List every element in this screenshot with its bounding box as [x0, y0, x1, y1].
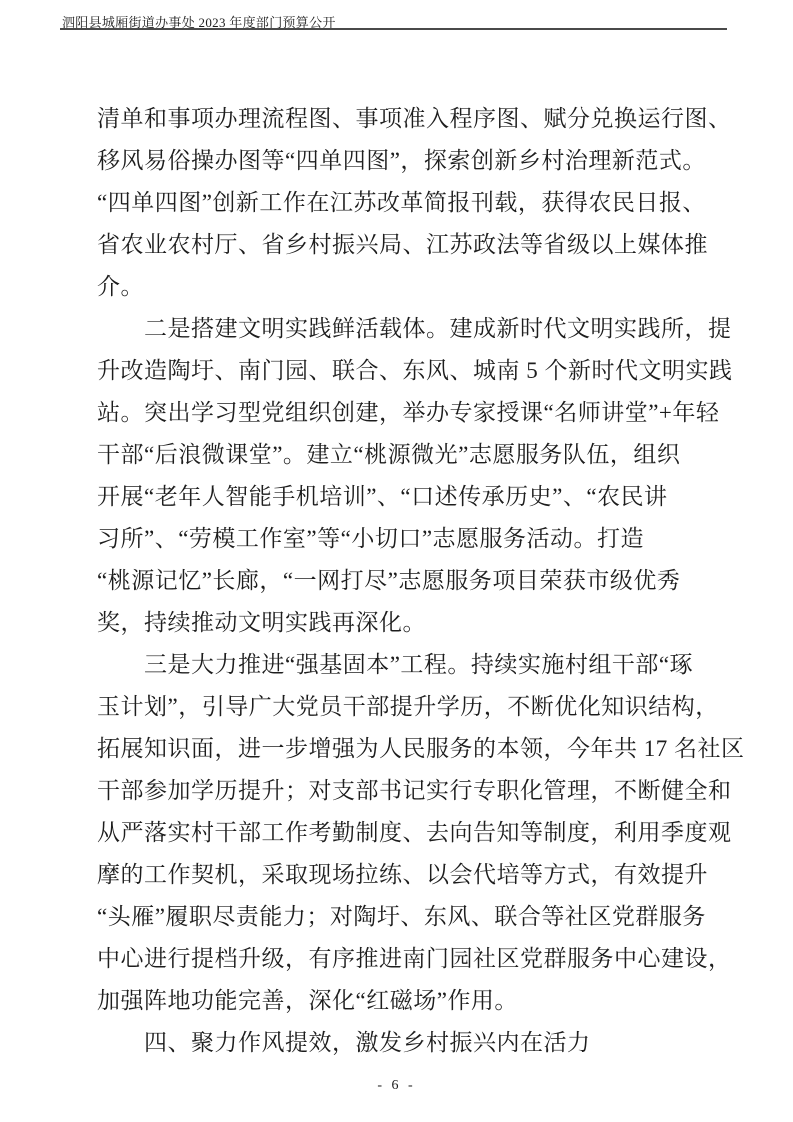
page-footer: - 6 - [0, 1076, 793, 1094]
text-line: 中心进行提档升级，有序推进南门园社区党群服务中心建设， [97, 938, 747, 980]
text-line: 站。突出学习型党组织创建，举办专家授课“名师讲堂”+年轻 [97, 392, 747, 434]
text-line: 加强阵地功能完善，深化“红磁场”作用。 [97, 980, 747, 1022]
text-line: “头雁”履职尽责能力；对陶圩、东风、联合等社区党群服务 [97, 896, 747, 938]
text-line: 省农业农村厅、省乡村振兴局、江苏政法等省级以上媒体推 [97, 224, 747, 266]
text-line: 四、聚力作风提效，激发乡村振兴内在活力 [97, 1022, 747, 1064]
text-line: 玉计划”，引导广大党员干部提升学历，不断优化知识结构， [97, 686, 747, 728]
text-line: 摩的工作契机，采取现场拉练、以会代培等方式，有效提升 [97, 854, 747, 896]
text-line: 三是大力推进“强基固本”工程。持续实施村组干部“琢 [97, 644, 747, 686]
text-line: “桃源记忆”长廊，“一网打尽”志愿服务项目荣获市级优秀 [97, 560, 747, 602]
text-line: 干部“后浪微课堂”。建立“桃源微光”志愿服务队伍，组织 [97, 434, 747, 476]
text-line: 拓展知识面，进一步增强为人民服务的本领，今年共 17 名社区 [97, 728, 747, 770]
text-line: 二是搭建文明实践鲜活载体。建成新时代文明实践所，提 [97, 308, 747, 350]
document-body: 清单和事项办理流程图、事项准入程序图、赋分兑换运行图、移风易俗操办图等“四单四图… [97, 98, 747, 1064]
text-line: 从严落实村干部工作考勤制度、去向告知等制度，利用季度观 [97, 812, 747, 854]
text-line: 清单和事项办理流程图、事项准入程序图、赋分兑换运行图、 [97, 98, 747, 140]
text-line: 习所”、“劳模工作室”等“小切口”志愿服务活动。打造 [97, 518, 747, 560]
text-line: 移风易俗操办图等“四单四图”，探索创新乡村治理新范式。 [97, 140, 747, 182]
text-line: 介。 [97, 266, 747, 308]
text-line: 开展“老年人智能手机培训”、“口述传承历史”、“农民讲 [97, 476, 747, 518]
text-line: 干部参加学历提升；对支部书记实行专职化管理，不断健全和 [97, 770, 747, 812]
text-line: “四单四图”创新工作在江苏改革简报刊载，获得农民日报、 [97, 182, 747, 224]
page-number: - 6 - [377, 1078, 415, 1093]
document-page: 泗阳县城厢街道办事处 2023 年度部门预算公开 清单和事项办理流程图、事项准入… [0, 0, 793, 1122]
text-line: 奖，持续推动文明实践再深化。 [97, 602, 747, 644]
header-rule [60, 28, 727, 30]
text-line: 升改造陶圩、南门园、联合、东风、城南 5 个新时代文明实践 [97, 350, 747, 392]
